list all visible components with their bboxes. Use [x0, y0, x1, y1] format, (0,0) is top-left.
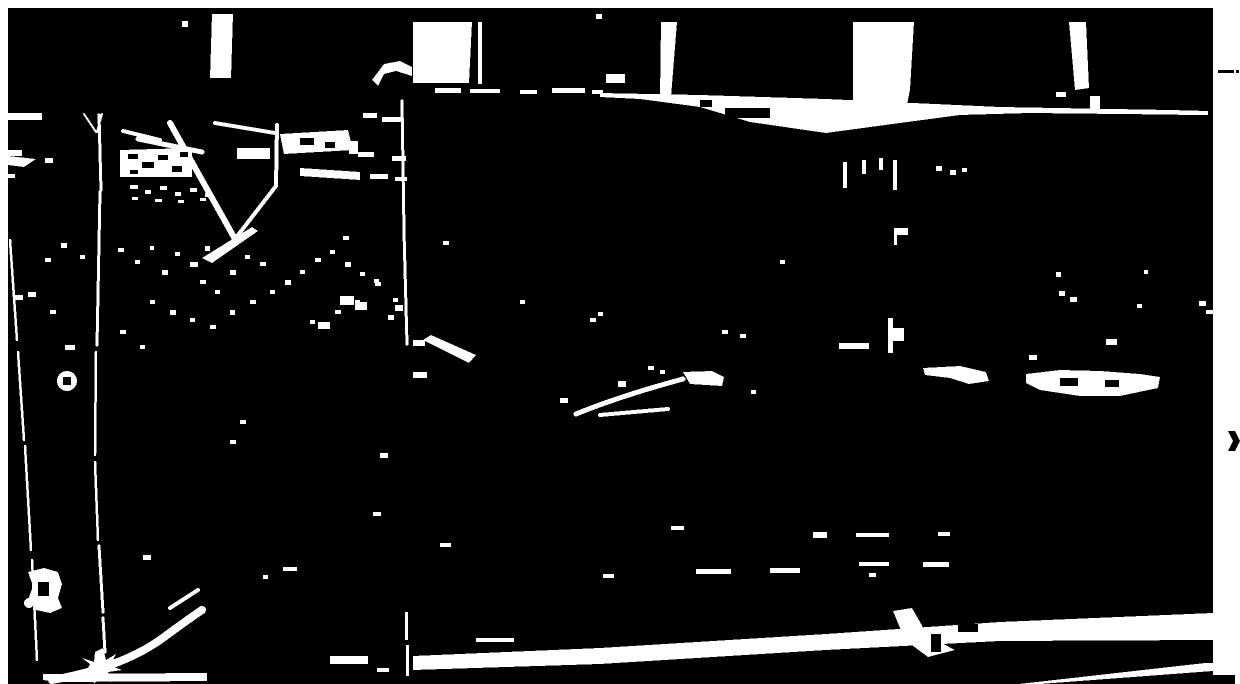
highlight-rect — [155, 199, 162, 202]
highlight-rect — [962, 168, 967, 172]
highlight-rect — [843, 162, 847, 188]
highlight-polygon — [413, 22, 472, 83]
shadow-speckle — [142, 162, 154, 168]
highlight-rect — [377, 668, 389, 672]
highlight-rect — [839, 343, 869, 349]
highlight-rect — [862, 160, 866, 174]
highlight-rect — [190, 318, 195, 322]
highlight-stroke — [103, 618, 105, 652]
highlight-rect — [28, 292, 36, 297]
highlight-rect — [370, 174, 388, 179]
highlight-rect — [751, 390, 756, 394]
highlight-rect — [440, 543, 451, 547]
highlight-rect — [1056, 92, 1066, 97]
highlight-rect — [170, 310, 176, 315]
highlight-rect — [355, 300, 360, 304]
highlight-rect — [374, 279, 379, 283]
highlight-rect — [413, 372, 427, 378]
highlight-rect — [476, 638, 514, 642]
shadow-speckle — [958, 624, 978, 632]
highlight-rect — [118, 248, 124, 252]
highlight-rect — [175, 252, 180, 256]
highlight-polygon — [853, 22, 914, 110]
highlight-rect — [388, 315, 394, 320]
highlight-rect — [230, 270, 236, 275]
highlight-rect — [406, 645, 409, 676]
highlight-rect — [200, 198, 206, 201]
screenshot-root — [0, 0, 1240, 684]
highlight-rect — [8, 174, 15, 178]
highlight-rect — [520, 90, 537, 94]
highlight-rect — [1070, 297, 1077, 302]
highlight-rect — [879, 158, 883, 170]
binarized-photo — [0, 0, 1240, 684]
highlight-rect — [938, 532, 950, 536]
highlight-rect — [740, 334, 746, 338]
highlight-rect — [330, 250, 335, 254]
highlight-rect — [335, 310, 341, 314]
highlight-rect — [160, 186, 167, 190]
highlight-rect — [61, 243, 67, 248]
highlight-rect — [413, 340, 425, 346]
highlight-rect — [190, 262, 198, 267]
shadow-speckle — [1060, 378, 1078, 386]
highlight-rect — [270, 290, 275, 294]
highlight-rect — [560, 398, 568, 403]
highlight-circle — [24, 598, 34, 608]
highlight-rect — [869, 573, 876, 577]
highlight-rect — [671, 526, 684, 530]
highlight-rect — [520, 300, 525, 304]
highlight-rect — [245, 255, 250, 259]
highlight-rect — [722, 330, 728, 334]
highlight-rect — [263, 575, 268, 579]
highlight-rect — [130, 185, 138, 189]
highlight-rect — [150, 246, 154, 250]
highlight-rect — [813, 532, 827, 538]
shadow-speckle — [38, 582, 49, 596]
highlight-rect — [162, 270, 168, 275]
highlight-rect — [696, 569, 731, 574]
highlight-rect — [380, 453, 388, 458]
photo-bottom-edge — [1213, 675, 1235, 684]
shadow-speckle — [63, 377, 71, 385]
highlight-rect — [145, 190, 151, 194]
highlight-rect — [596, 14, 602, 19]
highlight-rect — [205, 246, 210, 251]
highlight-rect — [300, 270, 305, 274]
highlight-rect — [590, 318, 596, 322]
highlight-rect — [603, 574, 614, 578]
highlight-polygon — [210, 14, 233, 78]
highlight-rect — [175, 192, 181, 196]
highlight-stroke — [402, 101, 404, 230]
highlight-rect — [132, 197, 138, 200]
highlight-rect — [1137, 304, 1142, 308]
highlight-rect — [936, 166, 942, 171]
highlight-rect — [1056, 272, 1061, 277]
highlight-rect — [140, 345, 145, 349]
highlight-rect — [190, 188, 197, 192]
highlight-circle — [35, 595, 47, 607]
highlight-rect — [552, 88, 585, 93]
highlight-rect — [200, 280, 206, 284]
highlight-rect — [8, 113, 42, 120]
highlight-rect — [250, 300, 256, 304]
highlight-rect — [285, 280, 291, 285]
highlight-rect — [470, 89, 500, 93]
highlight-rect — [135, 260, 140, 264]
shadow-speckle — [180, 152, 188, 157]
shadow-speckle — [700, 100, 712, 107]
highlight-rect — [1059, 291, 1065, 296]
highlight-rect — [950, 170, 956, 175]
highlight-rect — [45, 158, 53, 163]
shadow-speckle — [931, 634, 941, 652]
highlight-rect — [330, 656, 368, 664]
highlight-rect — [45, 258, 51, 262]
highlight-rect — [859, 562, 889, 566]
highlight-rect — [373, 512, 381, 516]
highlight-rect — [395, 177, 407, 181]
highlight-rect — [240, 420, 246, 424]
highlight-rect — [1029, 355, 1037, 360]
highlight-rect — [395, 305, 403, 311]
shadow-speckle — [725, 108, 770, 118]
highlight-rect — [405, 612, 408, 640]
highlight-rect — [343, 236, 349, 240]
margin-tick-dash — [1218, 70, 1234, 73]
highlight-rect — [358, 152, 374, 157]
highlight-rect — [660, 370, 665, 374]
highlight-rect — [143, 555, 151, 560]
highlight-rect — [1106, 339, 1117, 345]
shadow-speckle — [172, 166, 182, 172]
highlight-rect — [230, 310, 235, 315]
highlight-rect — [770, 568, 800, 573]
highlight-rect — [1206, 310, 1213, 314]
highlight-rect — [598, 312, 603, 316]
highlight-rect — [648, 366, 654, 370]
highlight-rect — [120, 330, 126, 334]
highlight-rect — [182, 21, 188, 27]
highlight-rect — [65, 345, 75, 350]
margin-tick-dash — [1236, 70, 1239, 73]
highlight-rect — [230, 440, 236, 444]
highlight-rect — [891, 328, 904, 341]
shadow-speckle — [325, 142, 335, 148]
highlight-rect — [178, 200, 184, 203]
highlight-polygon — [280, 130, 353, 154]
shadow-speckle — [158, 155, 168, 160]
shadow-speckle — [1105, 380, 1119, 387]
highlight-rect — [345, 262, 351, 267]
shadow-speckle — [128, 154, 138, 159]
highlight-rect — [315, 258, 321, 262]
highlight-rect — [435, 88, 461, 93]
highlight-rect — [893, 160, 897, 190]
highlight-rect — [923, 562, 949, 567]
highlight-rect — [1144, 270, 1148, 274]
highlight-rect — [618, 381, 626, 387]
highlight-rect — [215, 290, 220, 294]
highlight-rect — [780, 260, 785, 264]
highlight-rect — [340, 296, 354, 305]
highlight-rect — [8, 150, 22, 156]
shadow-speckle — [300, 138, 314, 145]
highlight-stroke — [95, 352, 96, 455]
highlight-rect — [50, 310, 56, 314]
shadow-speckle — [130, 170, 138, 174]
highlight-rect — [150, 300, 155, 304]
highlight-rect — [606, 74, 625, 83]
highlight-rect — [80, 255, 85, 259]
highlight-rect — [318, 322, 330, 329]
highlight-rect — [210, 325, 216, 329]
highlight-rect — [283, 567, 297, 571]
highlight-rect — [360, 272, 365, 276]
highlight-rect — [393, 298, 398, 302]
highlight-rect — [363, 113, 377, 118]
highlight-rect — [478, 22, 482, 84]
highlight-rect — [260, 262, 266, 266]
highlight-rect — [237, 148, 270, 159]
highlight-rect — [856, 533, 889, 537]
highlight-rect — [443, 241, 449, 245]
highlight-rect — [310, 320, 315, 324]
highlight-rect — [382, 117, 402, 122]
highlight-rect — [896, 228, 908, 235]
highlight-rect — [1199, 301, 1206, 306]
